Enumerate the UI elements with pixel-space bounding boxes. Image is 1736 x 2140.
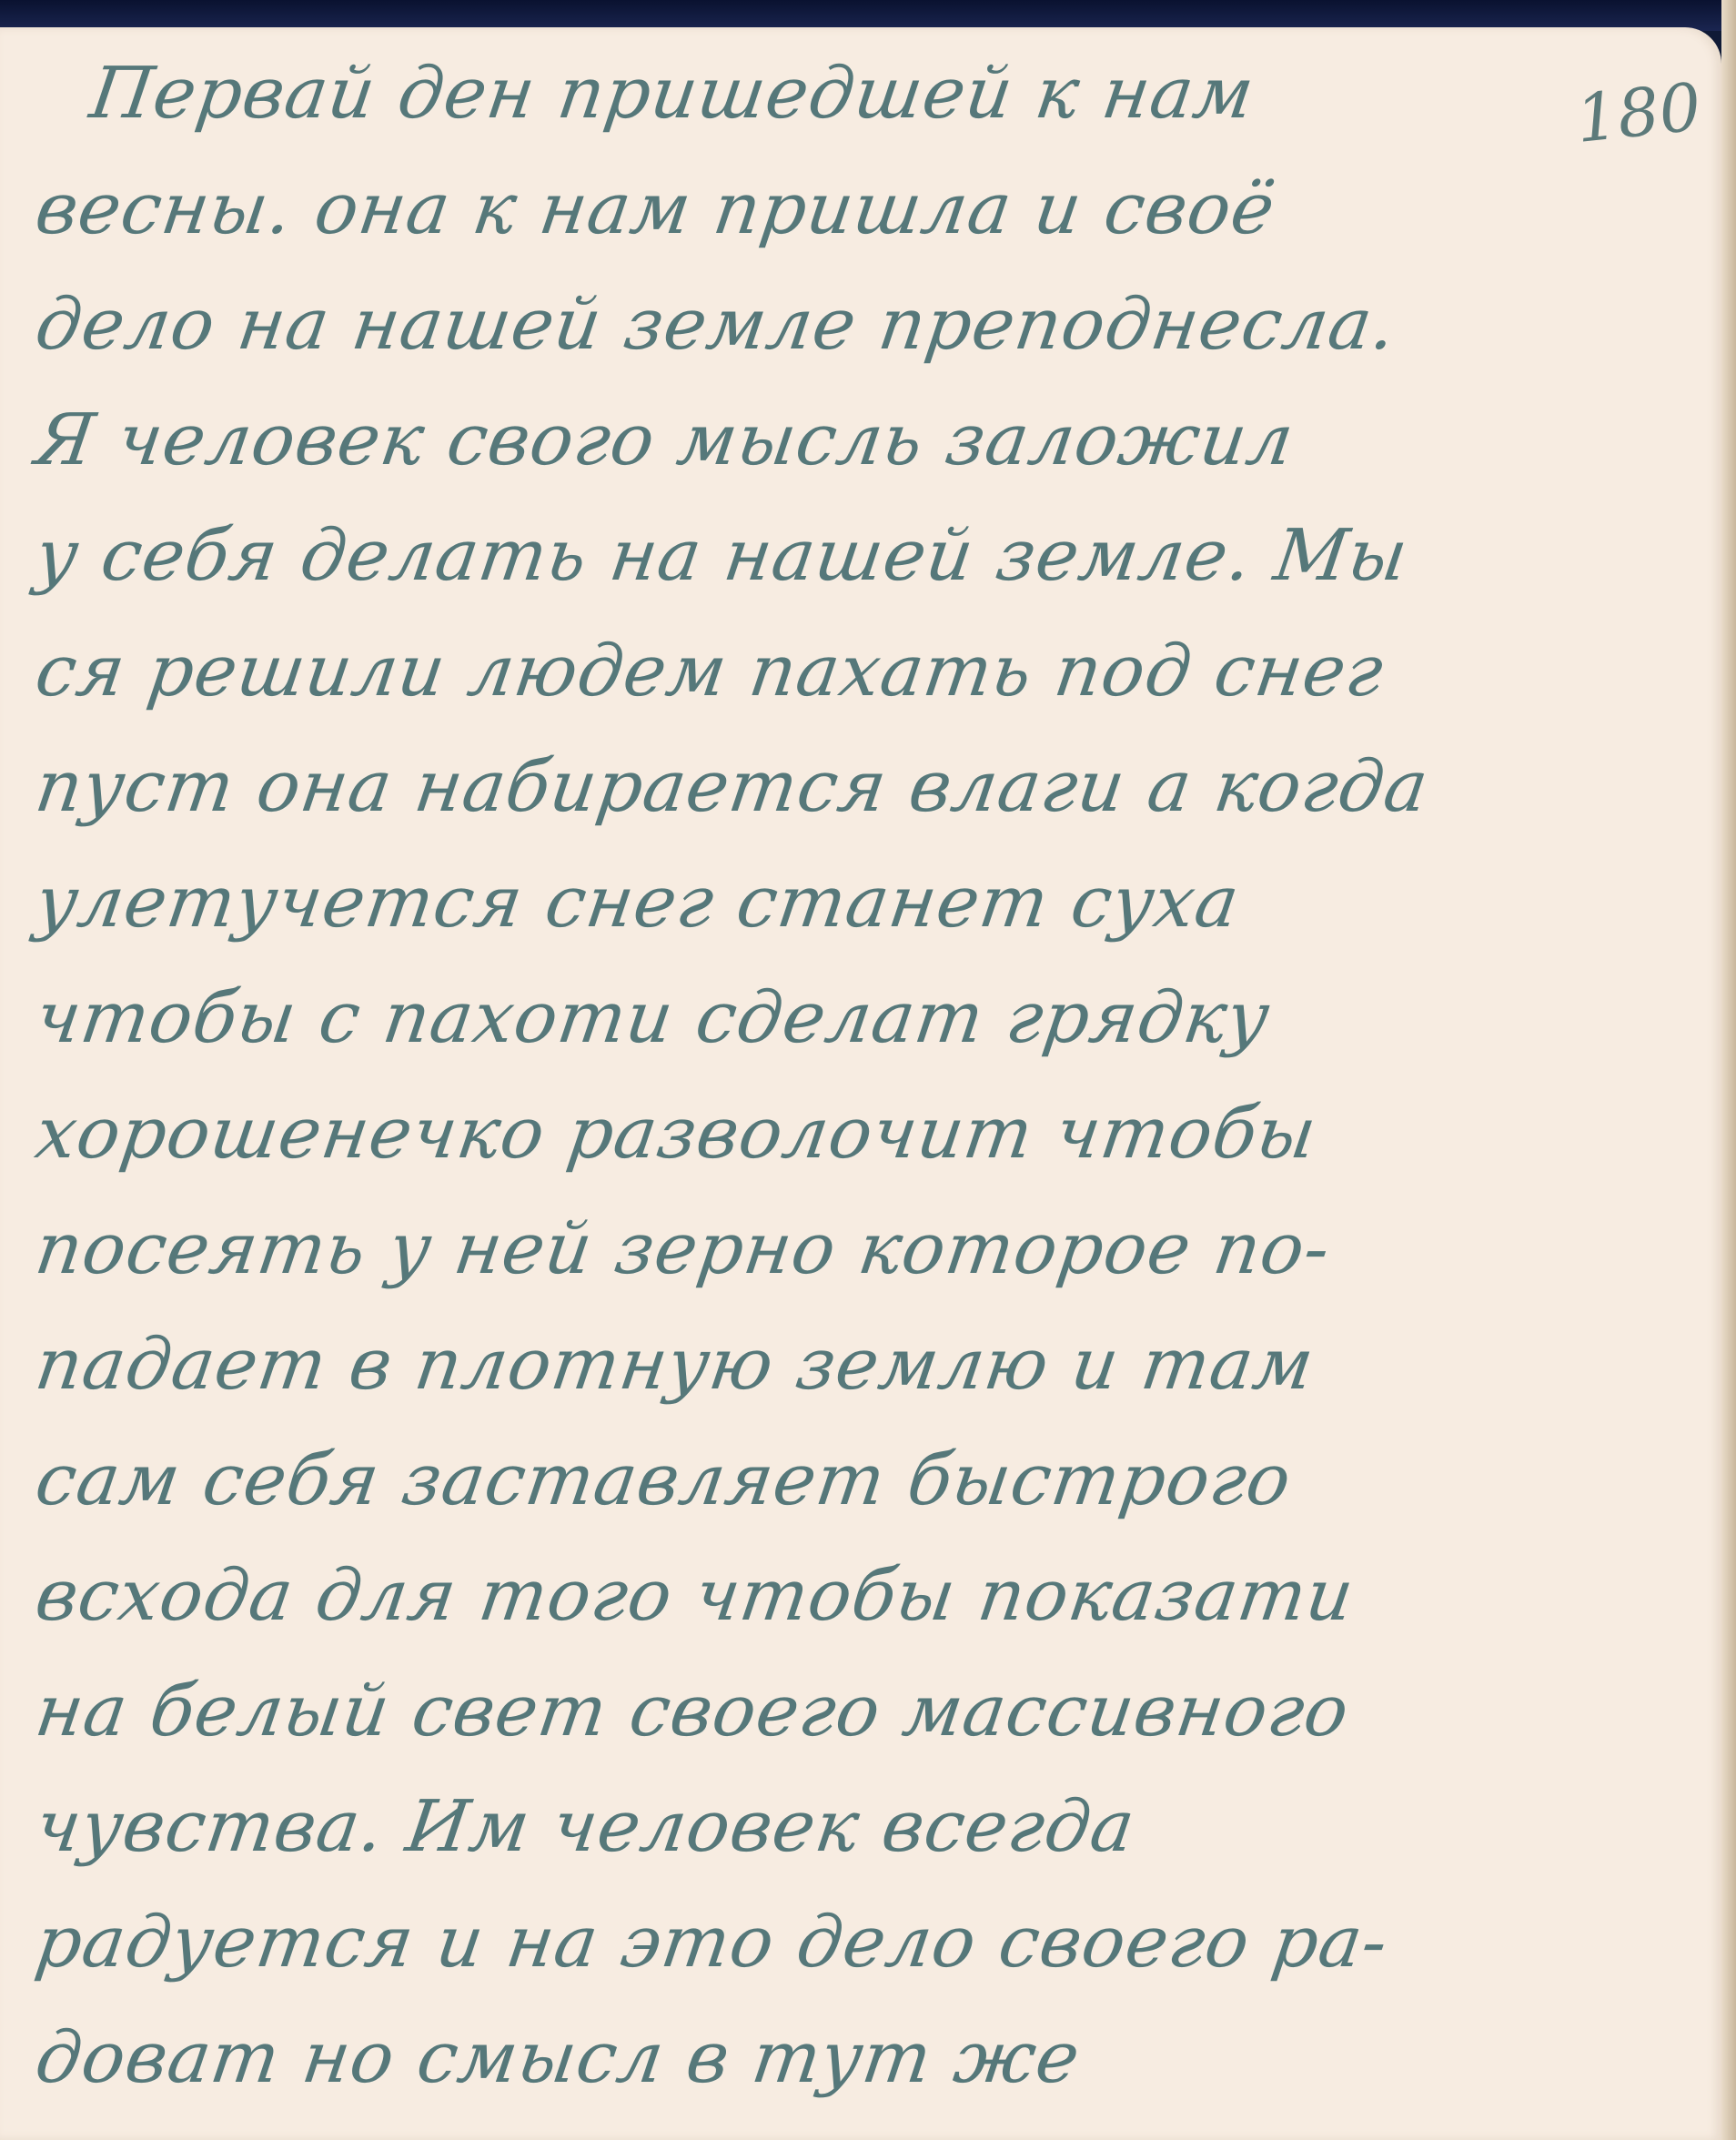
text-line: падает в плотную землю и там <box>28 1307 1591 1423</box>
text-line: дело на нашей земле преподнесла. <box>28 267 1591 383</box>
text-line: радуется и на это дело своего ра- <box>28 1885 1591 2001</box>
text-line: всхода для того чтобы показати <box>28 1539 1591 1654</box>
text-line: у себя делать на нашей земле. Мы <box>28 499 1591 614</box>
text-line: посеять у ней зерно которое по- <box>28 1192 1591 1307</box>
text-line: доват но смысл в тут же <box>28 2001 1591 2116</box>
text-line: на белый свет своего массивного <box>28 1654 1591 1770</box>
text-line: хорошенечко разволочит чтобы <box>28 1076 1591 1192</box>
text-line: чувства. Им человек всегда <box>28 1770 1591 1885</box>
text-line: пуст она набирается влаги а когда <box>28 730 1591 845</box>
page-edge <box>1721 0 1736 2140</box>
handwritten-text: Первай ден пришедшей к нам весны. она к … <box>36 36 1583 2116</box>
page-number: 180 <box>1572 68 1704 157</box>
notebook-page: 180 Первай ден пришедшей к нам весны. он… <box>0 27 1721 2140</box>
text-line: Первай ден пришедшей к нам <box>28 36 1591 152</box>
text-line: Я человек свого мысль заложил <box>28 383 1591 499</box>
text-line: улетучется снег станет суха <box>28 845 1591 961</box>
text-line: сам себя заставляет быстрого <box>28 1423 1591 1539</box>
text-line: весны. она к нам пришла и своё <box>28 152 1591 267</box>
notebook-binding <box>0 0 1736 31</box>
text-line: чтобы с пахоти сделат грядку <box>28 961 1591 1076</box>
text-line: ся решили людем пахать под снег <box>28 614 1591 730</box>
